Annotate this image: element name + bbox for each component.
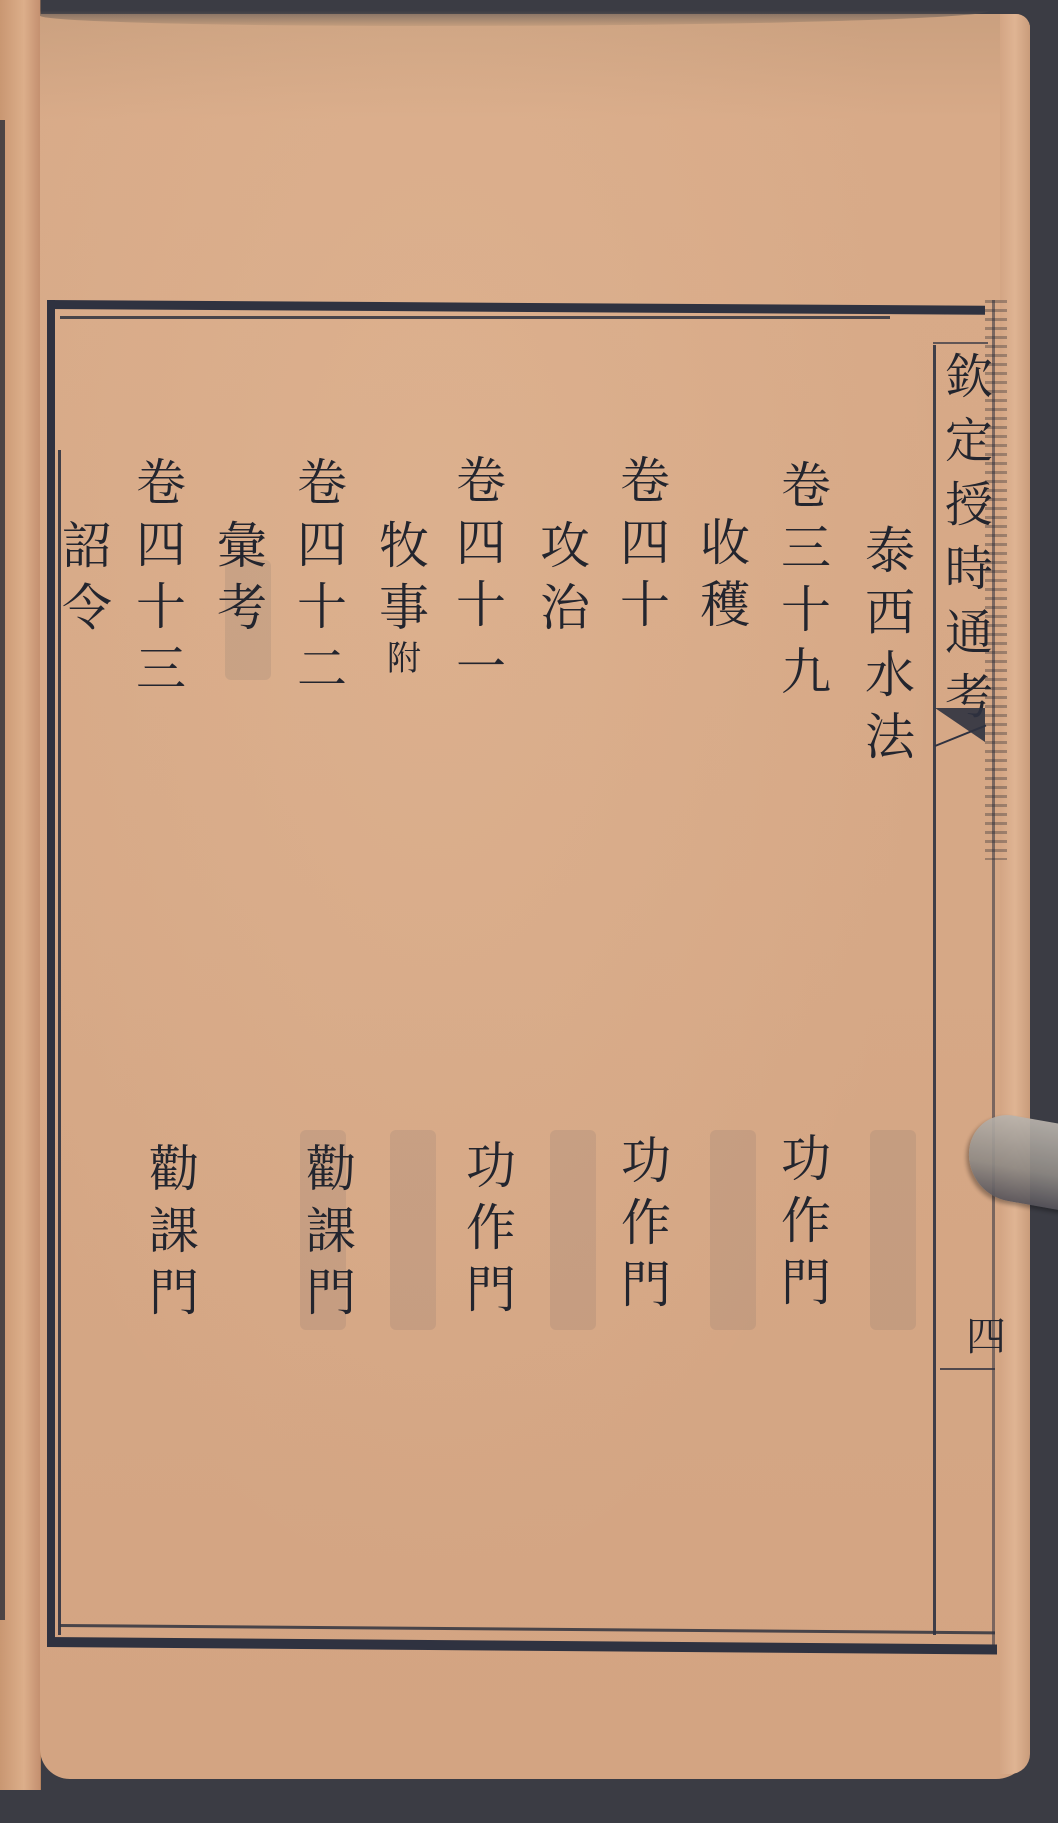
spine-title-char: 授 xyxy=(945,473,993,537)
frame-centerfold-line xyxy=(933,345,936,1635)
entry-gongzhi: 攻 治 xyxy=(536,515,594,639)
spine-title-char: 時 xyxy=(945,537,993,601)
entry-taixi-shuifa: 泰 西 水 法 xyxy=(861,520,919,768)
frame-left-border xyxy=(47,300,55,1645)
volume-39-section: 功 作 門 xyxy=(777,1128,835,1314)
ink-bleed xyxy=(390,1130,436,1330)
volume-39-heading: 卷 三 十 九 xyxy=(777,455,835,703)
ink-bleed xyxy=(870,1130,916,1330)
spine-title-char: 欽 xyxy=(945,345,993,409)
entry-mushi: 牧 事 附 xyxy=(375,515,433,679)
entry-zhaoling: 詔 令 xyxy=(58,515,116,639)
volume-42-section: 勸 課 門 xyxy=(302,1138,360,1324)
book-page xyxy=(40,14,1030,1779)
left-page-frame-line xyxy=(0,120,5,1620)
page-number-rule xyxy=(940,1368,995,1370)
frame-centerfold-top-rule xyxy=(933,342,988,344)
volume-40-heading: 卷 四 十 xyxy=(616,450,674,636)
page-stack-edge xyxy=(1000,14,1030,1774)
page-number: 四 xyxy=(966,1305,1006,1362)
volume-42-heading: 卷 四 十 二 xyxy=(293,452,351,700)
ink-bleed xyxy=(550,1130,596,1330)
volume-43-section: 勸 課 門 xyxy=(145,1138,203,1324)
ink-bleed xyxy=(710,1130,756,1330)
appendix-note: 附 xyxy=(387,639,421,679)
volume-43-heading: 卷 四 十 三 xyxy=(132,452,190,700)
volume-41-section: 功 作 門 xyxy=(462,1135,520,1321)
spine-title-char: 通 xyxy=(945,601,993,665)
spine-book-title: 欽 定 授 時 通 考 xyxy=(940,345,998,729)
volume-41-heading: 卷 四 十 一 xyxy=(452,450,510,698)
volume-40-section: 功 作 門 xyxy=(617,1130,675,1316)
entry-shouhuo: 收 穫 xyxy=(696,512,754,636)
spine-title-char: 定 xyxy=(945,409,993,473)
entry-huikao: 彙 考 xyxy=(213,515,271,639)
facing-left-page xyxy=(0,0,41,1790)
frame-top-inner-border xyxy=(60,316,890,319)
